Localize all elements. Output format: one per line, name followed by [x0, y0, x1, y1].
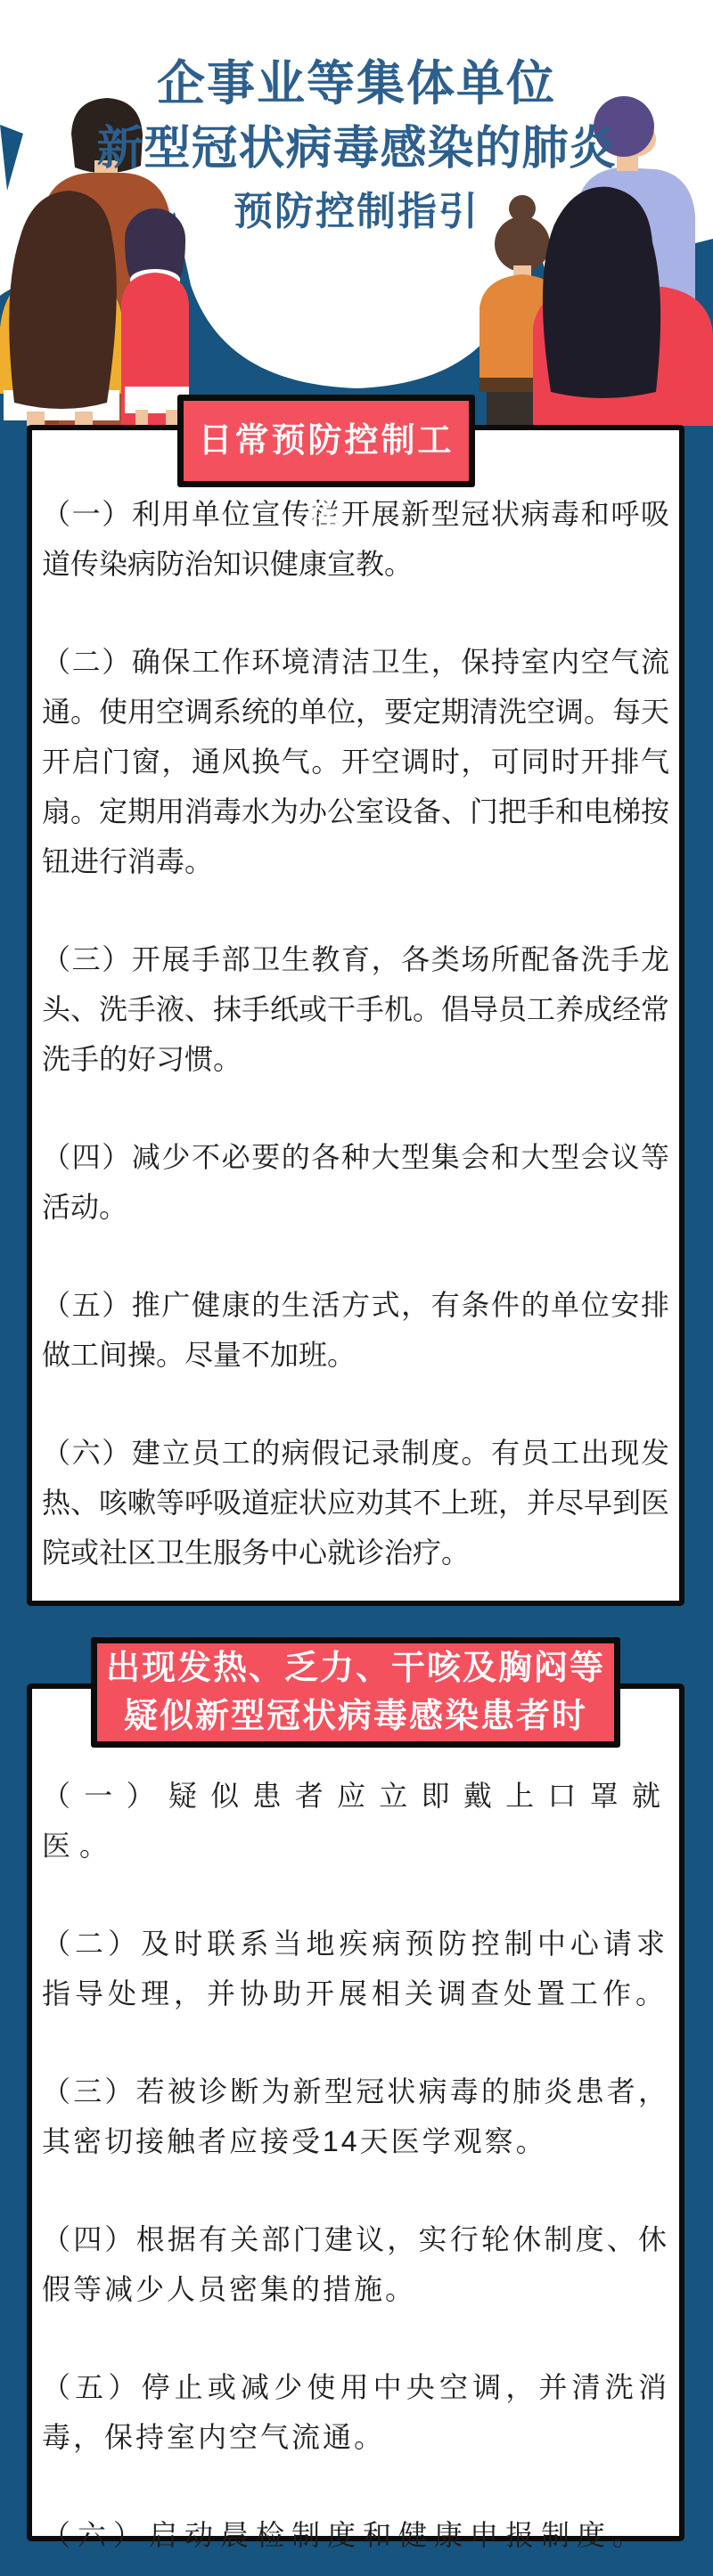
- poster-title-line-2: 新型冠状病毒感染的肺炎: [0, 116, 713, 182]
- item-text: 开展手部卫生教育，各类场所配备洗手龙头、洗手液、抹手纸或干手机。倡导员工养成经常…: [42, 943, 669, 1075]
- item-number: （五）: [42, 2371, 142, 2403]
- poster-title-line-1: 企事业等集体单位: [0, 52, 713, 116]
- poster-title: 企事业等集体单位 新型冠状病毒感染的肺炎 预防控制指引: [0, 52, 713, 242]
- item-number: （四）: [42, 2223, 136, 2255]
- item-text: 推广健康的生活方式，有条件的单位安排做工间操。尽量不加班。: [42, 1289, 669, 1371]
- section-2-badge: 出现发热、乏力、干咳及胸闷等 疑似新型冠状病毒感染患者时: [91, 1637, 620, 1748]
- item-text: 确保工作环境清洁卫生，保持室内空气流通。使用空调系统的单位，要定期清洗空调。每天…: [42, 646, 669, 877]
- list-item: （二）确保工作环境清洁卫生，保持室内空气流通。使用空调系统的单位，要定期清洗空调…: [42, 637, 669, 886]
- poster-title-line-3: 预防控制指引: [0, 182, 713, 242]
- item-number: （二）: [42, 1928, 141, 1960]
- section-2-badge-line-1: 出现发热、乏力、干咳及胸闷等: [97, 1644, 614, 1692]
- section-2-item-list: （一）疑似患者应立即戴上口罩就医。 （二）及时联系当地疾病预防控制中心请求指导处…: [32, 1689, 679, 2560]
- poster-header: 企事业等集体单位 新型冠状病毒感染的肺炎 预防控制指引: [0, 0, 713, 426]
- item-number: （一）: [42, 498, 132, 530]
- item-number: （五）: [42, 1289, 132, 1321]
- item-text: 根据有关部门建议，实行轮休制度、休假等减少人员密集的措施。: [42, 2223, 669, 2305]
- list-item: （五）停止或减少使用中央空调，并清洗消毒，保持室内空气流通。: [42, 2362, 669, 2462]
- section-2-badge-line-2: 疑似新型冠状病毒感染患者时: [97, 1692, 614, 1740]
- item-number: （六）: [42, 1437, 132, 1469]
- item-text: 建立员工的病假记录制度。有员工出现发热、咳嗽等呼吸道症状应劝其不上班，并尽早到医…: [42, 1437, 669, 1569]
- item-text: 利用单位宣传栏开展新型冠状病毒和呼吸道传染病防治知识健康宣教。: [42, 498, 669, 580]
- list-item: （三）若被诊断为新型冠状病毒的肺炎患者，其密切接触者应接受14天医学观察。: [42, 2067, 669, 2166]
- item-number: （二）: [42, 646, 132, 678]
- section-1-badge: 日常预防控制工作: [177, 395, 475, 487]
- item-number: （六）: [42, 2519, 149, 2551]
- item-number: （三）: [42, 2075, 136, 2107]
- item-text: 启动晨检制度和健康申报制度。: [149, 2519, 648, 2551]
- section-suspected-case-card: 出现发热、乏力、干咳及胸闷等 疑似新型冠状病毒感染患者时 （一）疑似患者应立即戴…: [27, 1683, 684, 2541]
- item-text: 若被诊断为新型冠状病毒的肺炎患者，其密切接触者应接受14天医学观察。: [42, 2075, 669, 2157]
- list-item: （二）及时联系当地疾病预防控制中心请求指导处理，并协助开展相关调查处置工作。: [42, 1919, 669, 2018]
- item-text: 减少不必要的各种大型集会和大型会议等活动。: [42, 1141, 669, 1223]
- list-item: （三）开展手部卫生教育，各类场所配备洗手龙头、洗手液、抹手纸或干手机。倡导员工养…: [42, 934, 669, 1084]
- section-daily-prevention-card: 日常预防控制工作 （一）利用单位宣传栏开展新型冠状病毒和呼吸道传染病防治知识健康…: [27, 425, 684, 1606]
- section-1-item-list: （一）利用单位宣传栏开展新型冠状病毒和呼吸道传染病防治知识健康宣教。 （二）确保…: [32, 430, 679, 1577]
- list-item: （六）建立员工的病假记录制度。有员工出现发热、咳嗽等呼吸道症状应劝其不上班，并尽…: [42, 1428, 669, 1577]
- list-item: （四）根据有关部门建议，实行轮休制度、休假等减少人员密集的措施。: [42, 2214, 669, 2314]
- item-number: （一）: [42, 1780, 168, 1812]
- list-item: （四）减少不必要的各种大型集会和大型会议等活动。: [42, 1132, 669, 1232]
- list-item: （一）利用单位宣传栏开展新型冠状病毒和呼吸道传染病防治知识健康宣教。: [42, 489, 669, 589]
- poster: 企事业等集体单位 新型冠状病毒感染的肺炎 预防控制指引 日常预防控制工作 （一）…: [0, 0, 713, 2576]
- item-number: （三）: [42, 943, 132, 975]
- item-number: （四）: [42, 1141, 132, 1173]
- list-item: （六）启动晨检制度和健康申报制度。: [42, 2510, 669, 2560]
- list-item: （五）推广健康的生活方式，有条件的单位安排做工间操。尽量不加班。: [42, 1280, 669, 1380]
- list-item: （一）疑似患者应立即戴上口罩就医。: [42, 1771, 669, 1871]
